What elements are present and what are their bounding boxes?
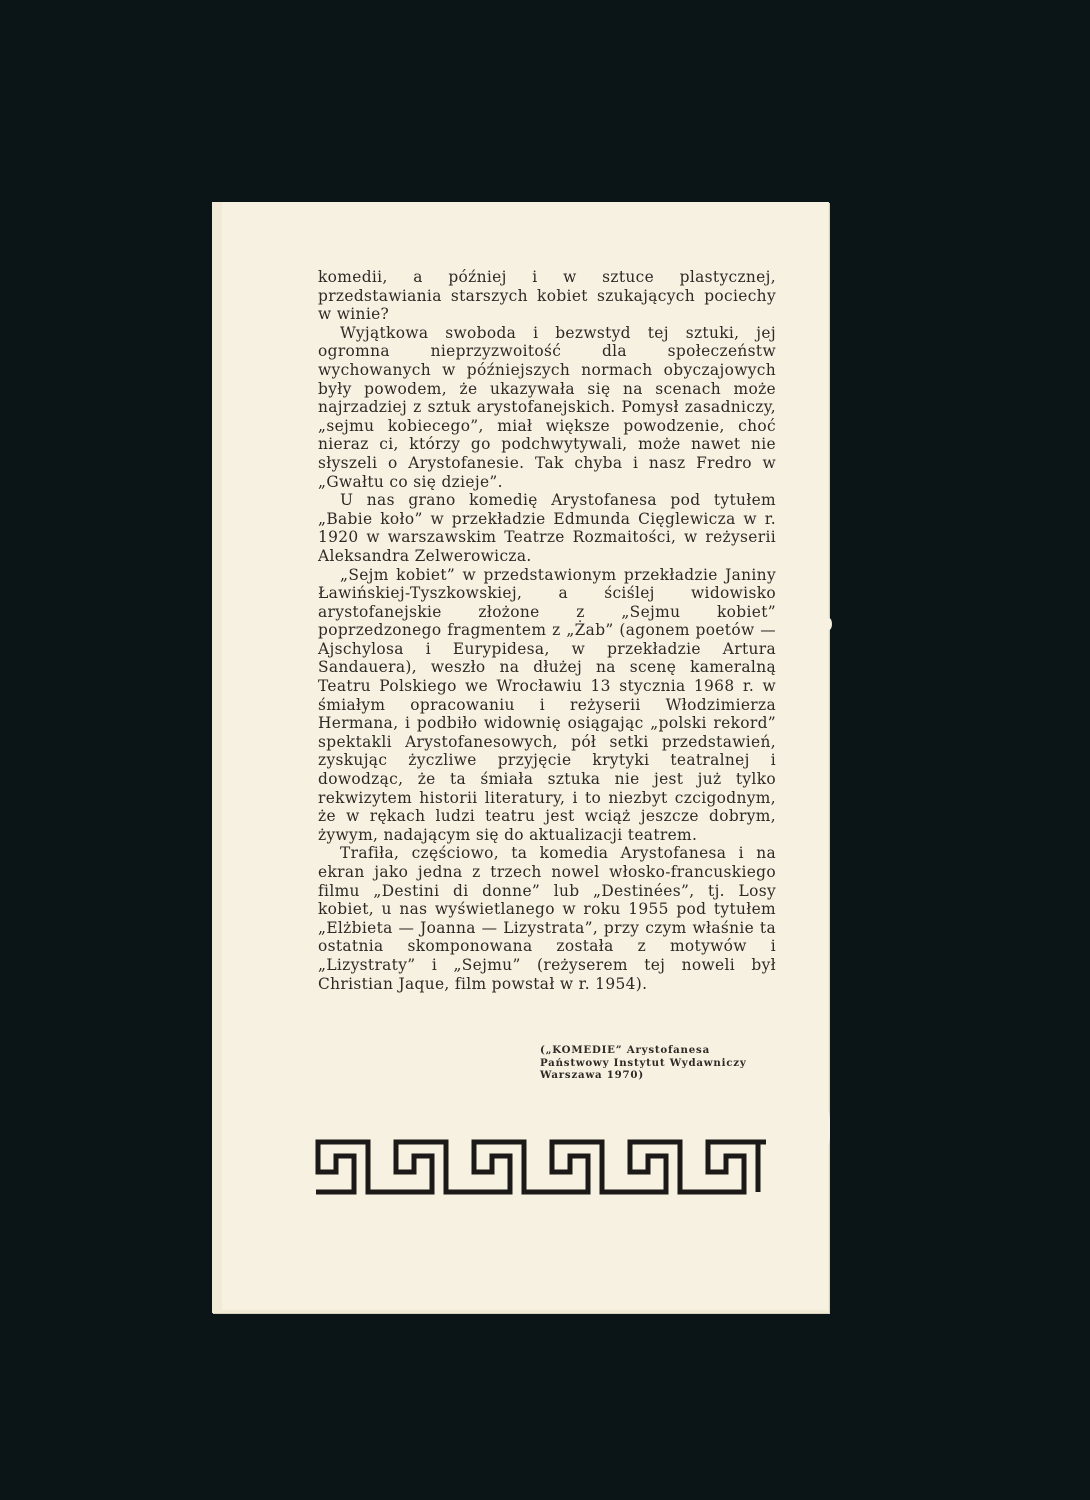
- paragraph: Wyjątkowa swoboda i bezwstyd tej sztuki,…: [318, 324, 776, 491]
- paragraph: komedii, a później i w sztuce plastyczne…: [318, 268, 776, 324]
- citation-line: Państwowy Instytut Wydawniczy: [540, 1057, 747, 1070]
- paragraph: Trafiła, częściowo, ta komedia Arystofan…: [318, 844, 776, 993]
- page-tear: [826, 618, 832, 630]
- citation-line: Warszawa 1970): [540, 1069, 747, 1082]
- paragraph: „Sejm kobiet” w przedstawionym przekładz…: [318, 566, 776, 845]
- page-tear: [824, 1110, 830, 1146]
- source-citation: („KOMEDIE” Arystofanesa Państwowy Instyt…: [540, 1044, 747, 1082]
- citation-line: („KOMEDIE” Arystofanesa: [540, 1044, 747, 1057]
- body-text: komedii, a później i w sztuce plastyczne…: [318, 268, 776, 993]
- paragraph: U nas grano komedię Arystofanesa pod tyt…: [318, 491, 776, 565]
- greek-key-ornament: [314, 1134, 766, 1198]
